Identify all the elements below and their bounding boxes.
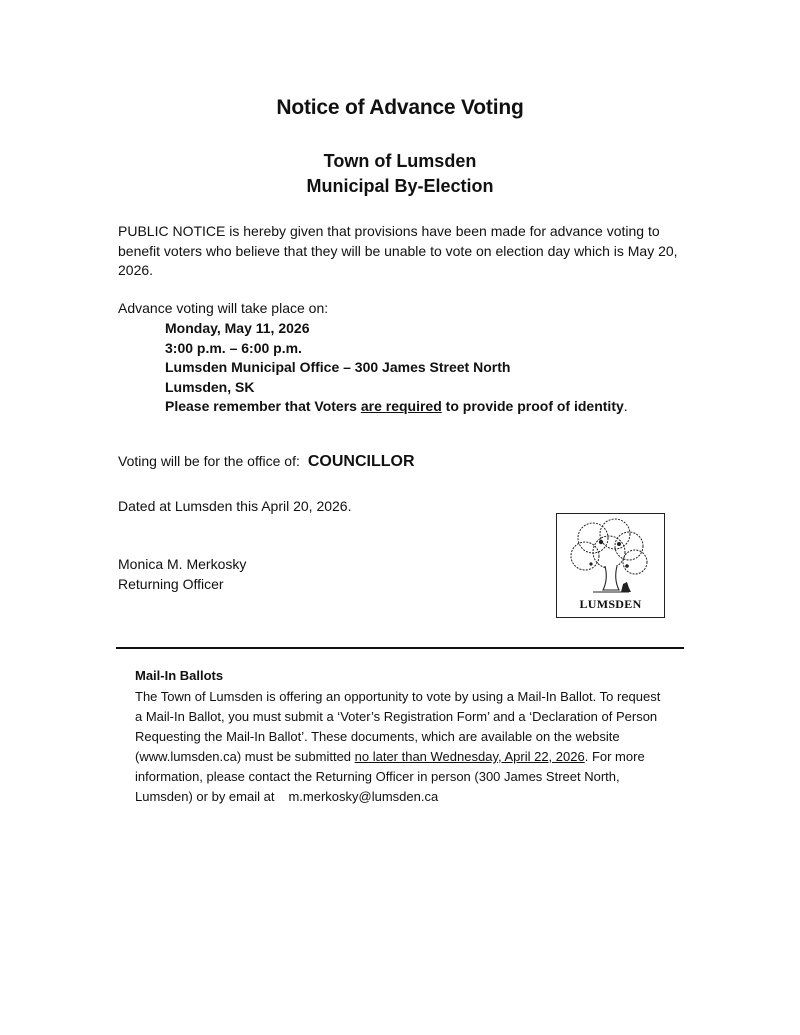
id-reminder-suffix: to provide proof of identity [442,398,624,414]
logo-text: LUMSDEN [557,597,664,612]
mail-in-line: The Town of Lumsden is offering an oppor… [135,687,695,707]
email-prefix: Lumsden) or by email at [135,789,274,804]
section-divider [116,647,684,649]
signatory-role: Returning Officer [118,575,246,595]
advance-voting-location: Lumsden Municipal Office – 300 James Str… [165,358,628,378]
advance-voting-time: 3:00 p.m. – 6:00 p.m. [165,339,628,359]
office-line: Voting will be for the office of:COUNCIL… [118,453,415,471]
office-value: COUNCILLOR [308,453,415,470]
advance-voting-date: Monday, May 11, 2026 [165,319,628,339]
mail-in-line: a Mail-In Ballot, you must submit a ‘Vot… [135,707,695,727]
town-logo: LUMSDEN [556,513,665,618]
town-name: Town of Lumsden [0,151,800,172]
advance-voting-label: Advance voting will take place on: [118,300,328,316]
deadline-text: no later than Wednesday, April 22, 2026 [355,749,585,764]
id-reminder-period: . [624,398,628,414]
mail-in-line: Lumsden) or by email atm.merkosky@lumsde… [135,787,695,807]
election-type: Municipal By-Election [0,176,800,197]
advance-voting-city: Lumsden, SK [165,378,628,398]
signatory-name: Monica M. Merkosky [118,555,246,575]
id-reminder: Please remember that Voters are required… [165,397,628,417]
mail-in-paragraph: The Town of Lumsden is offering an oppor… [135,687,695,807]
document-title: Notice of Advance Voting [0,96,800,120]
mail-in-heading: Mail-In Ballots [135,668,223,683]
mail-in-line: (www.lumsden.ca) must be submitted no la… [135,747,695,767]
deadline-suffix: . For more [585,749,645,764]
office-label: Voting will be for the office of: [118,453,300,469]
mail-in-line: Requesting the Mail-In Ballot’. These do… [135,727,695,747]
deadline-prefix: (www.lumsden.ca) must be submitted [135,749,355,764]
tree-icon [563,516,659,596]
signature-block: Monica M. Merkosky Returning Officer [118,555,246,594]
dated-line: Dated at Lumsden this April 20, 2026. [118,498,351,514]
advance-voting-details: Monday, May 11, 2026 3:00 p.m. – 6:00 p.… [165,319,628,417]
id-reminder-emphasis: are required [361,398,442,414]
mail-in-line: information, please contact the Returnin… [135,767,695,787]
id-reminder-prefix: Please remember that Voters [165,398,361,414]
public-notice-paragraph: PUBLIC NOTICE is hereby given that provi… [118,222,678,281]
contact-email[interactable]: m.merkosky@lumsden.ca [288,789,438,804]
